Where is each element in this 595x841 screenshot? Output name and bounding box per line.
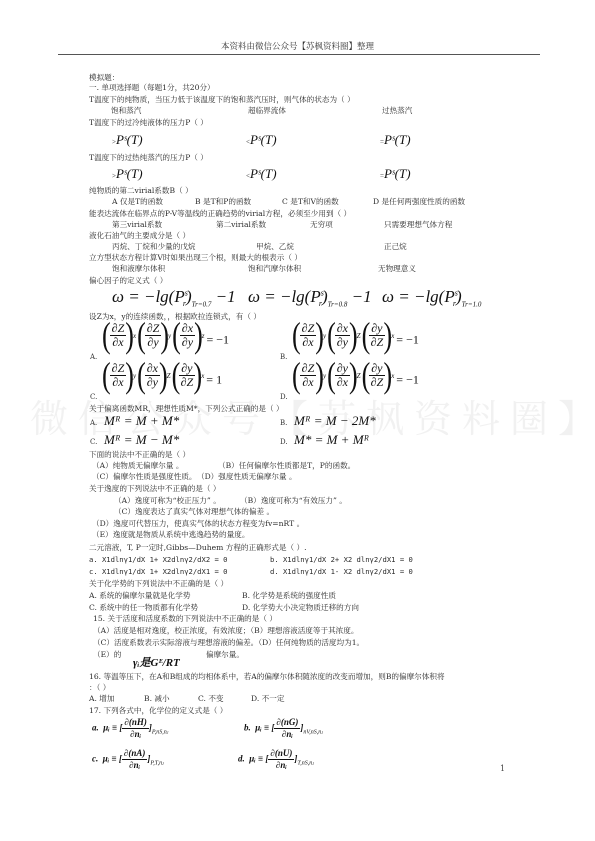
q10-option-a-expr: Mᴿ = M + M*	[104, 413, 179, 429]
q2-option-c: =Pˢ(T)	[380, 132, 411, 148]
q10-option-d-label: D.	[280, 438, 288, 446]
q8-option-c: ω = −lg(Psr)Tr=1.0	[382, 287, 481, 308]
q16-option-a: A. 增加	[89, 694, 115, 704]
q16-option-d: D. 不一定	[251, 694, 284, 704]
page-header-title: 本资料由微信公众号【苏枫资料圈】整理	[0, 40, 595, 52]
q10-option-c-label: C.	[90, 438, 97, 446]
q11-option-a: （A）纯物质无偏摩尔量 。	[92, 461, 183, 471]
q13-stem: 二元溶液，T, P一定时,Gibbs—Duhem 方程的正确形式是（ ）.	[89, 543, 307, 553]
q1-option-b: 超临界流体	[248, 106, 286, 116]
q7-stem: 立方型状态方程计算V时如果出现三个根，则最大的根表示（ ）	[89, 253, 302, 263]
q4-option-b: B 是T和P的函数	[195, 197, 251, 207]
q4-stem: 纯物质的第二virial系数B（ ）	[89, 186, 193, 196]
q13-option-a: a. X1dlnγ1/dX 1+ X2dlnγ2/dX2 = 0	[89, 555, 227, 565]
q8-stem: 偏心因子的定义式（ ）	[89, 276, 167, 286]
q11-option-c: （C）偏摩尔性质是强度性质。	[92, 472, 197, 482]
q5-option-b: 第二virial系数	[216, 220, 266, 230]
q13-option-b: b. X1dlnγ1/dX 2+ X2 dlnγ2/dX1 = 0	[270, 555, 413, 565]
q4-option-a: A 仅是T的函数	[112, 197, 163, 207]
q16-stem: 16. 等温等压下，在A和B组成的均相体系中，若A的偏摩尔体积随浓度的改变而增加…	[89, 672, 445, 682]
q14-option-d: D. 化学势大小决定物质迁移的方向	[242, 603, 359, 613]
q5-option-a: 第三virial系数	[112, 220, 162, 230]
q15-option-e-suffix: 偏摩尔量。	[206, 650, 244, 660]
q12-option-d: （D）逸度可代替压力，使真实气体的状态方程变为fv=nRT 。	[92, 519, 304, 529]
q9-option-c-label: C.	[90, 393, 97, 401]
doc-heading: 模拟题：	[89, 73, 119, 83]
q17-stem: 17. 下列各式中，化学位的定义式是（ ）	[89, 706, 227, 716]
q9-option-a-label: A.	[90, 353, 97, 361]
q7-option-c: 无物理意义	[378, 264, 416, 274]
q11-option-d: （D）强度性质无偏摩尔量 。	[197, 472, 297, 482]
header-rule	[58, 54, 540, 55]
q17-option-c: c. μᵢ ≡ [∂(nA)∂nᵢ]P,T,nⱼ	[92, 748, 164, 771]
q3-option-b: <Pˢ(T)	[246, 166, 277, 182]
q16-stem-cont: ：（ ）	[89, 683, 110, 693]
q2-option-b: <Pˢ(T)	[246, 132, 277, 148]
q9-option-d-expr: (∂Z∂x)y(∂y∂x)Z(∂y∂Z)x= −1	[293, 362, 419, 389]
q5-option-d: 只需要理想气体方程	[384, 220, 452, 230]
q12-option-a: （A）逸度可称为“校正压力” 。	[114, 496, 221, 506]
q12-stem: 关于逸度的下列说法中不正确的是（ ）	[89, 484, 221, 494]
q4-option-d: D 是任何两强度性质的函数	[373, 197, 465, 207]
q7-option-a: 饱和液摩尔体积	[112, 264, 165, 274]
q10-option-b-label: B.	[280, 419, 287, 427]
q12-option-b: （B）逸度可称为“有效压力” 。	[240, 496, 347, 506]
q6-stem: 液化石油气的主要成分是（ ）	[89, 231, 190, 241]
q14-option-c: C. 系统中的任一物质都有化学势	[89, 603, 198, 613]
q4-option-c: C 是T和V的函数	[282, 197, 339, 207]
q17-option-a: a. μᵢ ≡ [∂(nH)∂nᵢ]P,nS,nⱼ	[92, 717, 168, 740]
q15-option-e-expr: γᵢ是Gᴱ/RT	[133, 654, 180, 670]
q3-stem: T温度下的过热纯蒸汽的压力P（ ）	[89, 153, 208, 163]
q12-option-e: （E）逸度就是物质从系统中逃逸趋势的量度。	[92, 530, 249, 540]
q7-option-b: 饱和汽摩尔体积	[248, 264, 301, 274]
q16-option-c: C. 不变	[198, 694, 224, 704]
q2-option-a: >Pˢ(T)	[112, 132, 143, 148]
q9-option-b-label: B.	[280, 353, 287, 361]
page-number: 1	[500, 764, 505, 773]
q3-option-a: >Pˢ(T)	[112, 166, 143, 182]
q16-option-b: B. 减小	[144, 694, 170, 704]
q13-option-c: c. X1dlnγ1/dX 1+ X2dlnγ2/dX1 = 0	[89, 567, 227, 577]
q5-option-c: 无穷项	[310, 220, 333, 230]
q2-stem: T温度下的过冷纯液体的压力P（ ）	[89, 118, 208, 128]
q14-option-b: B. 化学势是系统的强度性质	[242, 591, 336, 601]
q14-option-a: A. 系统的偏摩尔量就是化学势	[89, 591, 190, 601]
q9-option-a-expr: (∂Z∂x)x(∂Z∂y)y(∂x∂y)z= −1	[103, 322, 229, 349]
q9-option-d-label: D.	[280, 393, 288, 401]
q10-option-a-label: A.	[90, 419, 97, 427]
q1-stem: T温度下的纯物质，当压力低于该温度下的饱和蒸汽压时，则气体的状态为（ ）	[89, 95, 355, 105]
q1-option-c: 过热蒸汽	[382, 106, 412, 116]
q8-option-a: ω = −lg(Psr)Tr=0.7 −1	[112, 287, 236, 308]
q17-option-b: b. μᵢ ≡ [∂(nG)∂nᵢ]nV,nS,nⱼ	[244, 717, 323, 740]
q14-stem: 关于化学势的下列说法中不正确的是（ ）	[89, 579, 228, 589]
q10-option-d-expr: M* = M + Mᴿ	[294, 432, 369, 448]
q8-option-b: ω = −lg(Psr)Tr=0.8 −1	[248, 287, 372, 308]
section-title: 一. 单项选择题（每题1分，共20分）	[89, 83, 215, 93]
q15-option-ab: （A）活度是相对逸度，校正浓度，有效浓度；（B）理想溶液活度等于其浓度。	[93, 626, 358, 636]
q5-stem: 能表达流体在临界点的P-V等温线的正确趋势的virial方程，必须至少用到（ ）	[89, 209, 351, 219]
q6-option-b: 甲烷、乙烷	[256, 242, 294, 252]
q13-option-d: d. X1dlnγ1/dX 1- X2 dlnγ2/dX1 = 0	[270, 567, 413, 577]
q6-option-c: 正己烷	[384, 242, 407, 252]
q9-option-b-expr: (∂Z∂x)y(∂x∂y)Z(∂y∂Z)x= −1	[293, 322, 419, 349]
q9-option-c-expr: (∂Z∂x)y(∂x∂y)Z(∂y∂Z)x= 1	[103, 362, 222, 389]
q3-option-c: =Pˢ(T)	[380, 166, 411, 182]
q10-option-b-expr: Mᴿ = M − 2M*	[294, 413, 376, 429]
q15-option-e-prefix: （E）的	[93, 650, 121, 660]
q10-option-c-expr: Mᴿ = M − M*	[104, 432, 179, 448]
q6-option-a: 丙烷、丁烷和少量的戊烷	[112, 242, 196, 252]
q15-stem: 15. 关于活度和活度系数的下列说法中不正确的是（ ）	[93, 614, 277, 624]
q12-option-c: （C）逸度表达了真实气体对理想气体的偏差 。	[114, 507, 274, 517]
q11-stem: 下面的说法中不正确的是（ ）	[89, 450, 190, 460]
q1-option-a: 饱和蒸汽	[111, 106, 141, 116]
q17-option-d: d. μᵢ ≡ [∂(nU)∂nᵢ]T,nS,nⱼ	[238, 748, 314, 771]
q11-option-b: （B）任何偏摩尔性质都是T，P的函数。	[218, 461, 355, 471]
q15-option-cd: （C）活度系数表示实际溶液与理想溶液的偏差。（D）任何纯物质的活度均为1。	[93, 638, 364, 648]
